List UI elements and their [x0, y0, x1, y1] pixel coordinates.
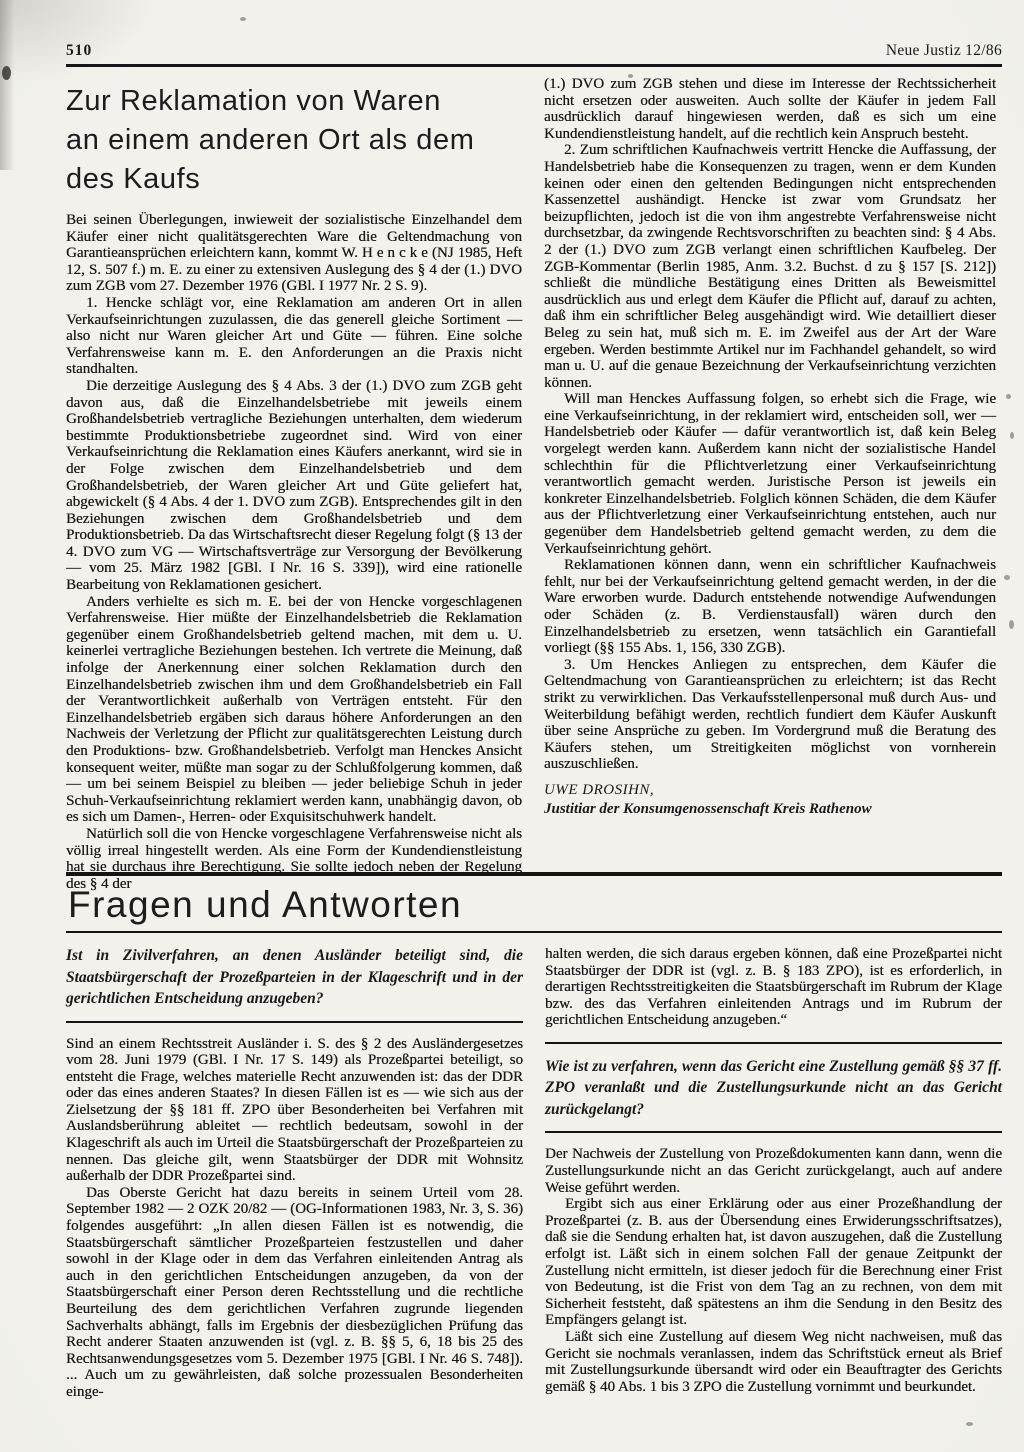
paragraph: Der Nachweis der Zustellung von Prozeßdo… [545, 1146, 1002, 1196]
scan-speck [240, 17, 246, 21]
section-top-rule [66, 872, 1002, 876]
scan-speck [2, 66, 11, 80]
qa-right-column: halten werden, die sich daraus ergeben k… [545, 933, 1002, 1401]
paragraph: Das Oberste Gericht hat dazu bereits in … [66, 1185, 523, 1401]
paragraph: Sind an einem Rechtsstreit Ausländer i. … [66, 1036, 523, 1185]
running-head: 510 Neue Justiz 12/86 [66, 42, 1002, 60]
scan-speck [1004, 575, 1010, 580]
article-title-line2: an einem anderen Ort als dem des Kaufs [66, 124, 475, 195]
paragraph: Reklamationen können dann, wenn ein schr… [544, 557, 996, 657]
article-body-left: Bei seinen Überlegungen, inwieweit der s… [66, 212, 522, 892]
page-number: 510 [66, 42, 92, 60]
section-heading: Fragen und Antworten [68, 885, 1002, 925]
article-left-column: Zur Reklamation von Waren an einem ander… [66, 82, 522, 892]
article-title-line1: Zur Reklamation von Waren [66, 85, 441, 117]
paragraph: halten werden, die sich daraus ergeben k… [545, 946, 1002, 1029]
paragraph: Bei seinen Überlegungen, inwieweit der s… [66, 212, 522, 295]
header-rule [66, 64, 1002, 67]
question-1-rule [66, 1021, 523, 1023]
qa-section: Fragen und Antworten Ist in Zivilverfahr… [66, 872, 1002, 1401]
article-right-column: (1.) DVO zum ZGB stehen und diese im Int… [544, 76, 996, 819]
article-title: Zur Reklamation von Waren an einem ander… [66, 82, 522, 199]
question-1: Ist in Zivilverfahren, an denen Auslände… [66, 933, 523, 1021]
byline: UWE DROSIHN, Justitiar der Konsumgenosse… [544, 781, 996, 819]
question-2-rule [545, 1131, 1002, 1133]
qa-left-column: Ist in Zivilverfahren, an denen Auslände… [66, 933, 523, 1401]
byline-author: UWE DROSIHN, [544, 781, 996, 800]
answer-1-left: Sind an einem Rechtsstreit Ausländer i. … [66, 1036, 523, 1401]
answer-1-continuation: halten werden, die sich daraus ergeben k… [545, 946, 1002, 1029]
paragraph: 3. Um Henckes Anliegen zu entsprechen, d… [544, 657, 996, 773]
paragraph: Die derzeitige Auslegung des § 4 Abs. 3 … [66, 378, 522, 594]
scan-speck [1010, 432, 1014, 439]
journal-title: Neue Justiz 12/86 [886, 42, 1002, 60]
answer-2: Der Nachweis der Zustellung von Prozeßdo… [545, 1146, 1002, 1395]
paragraph: Will man Henckes Auffassung folgen, so e… [544, 391, 996, 557]
paragraph: 1. Hencke schlägt vor, eine Reklamation … [66, 295, 522, 378]
scan-smudge [0, 0, 16, 170]
paragraph: Anders verhielte es sich m. E. bei der v… [66, 594, 522, 826]
article-body-right: (1.) DVO zum ZGB stehen und diese im Int… [544, 76, 996, 773]
scan-speck [966, 1422, 973, 1426]
question-2: Wie ist zu verfahren, wenn das Gericht e… [545, 1044, 1002, 1132]
scan-speck [1006, 394, 1011, 399]
scan-speck [1009, 620, 1014, 629]
byline-role: Justitiar der Konsumgenossenschaft Kreis… [544, 800, 996, 819]
paragraph: Läßt sich eine Zustellung auf diesem Weg… [545, 1329, 1002, 1395]
paragraph: 2. Zum schriftlichen Kaufnachweis vertri… [544, 142, 996, 391]
journal-page: 510 Neue Justiz 12/86 Zur Reklamation vo… [0, 0, 1024, 1452]
paragraph: (1.) DVO zum ZGB stehen und diese im Int… [544, 76, 996, 142]
paragraph: Ergibt sich aus einer Erklärung oder aus… [545, 1196, 1002, 1329]
